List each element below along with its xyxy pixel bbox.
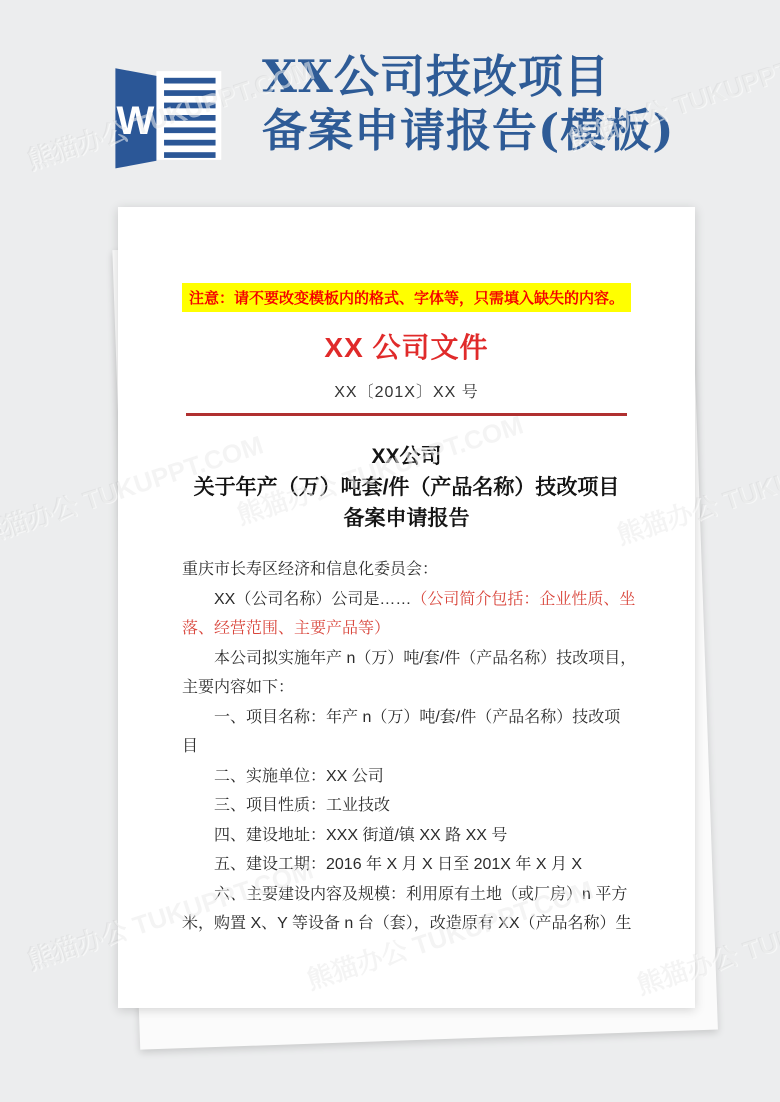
page-title: XX公司技改项目 备案申请报告(模板) (262, 50, 675, 158)
doc-line-text: XX（公司名称）公司是…… (182, 591, 411, 608)
red-divider (186, 413, 627, 416)
report-title-line1: XX公司 (118, 441, 695, 472)
doc-line: 落、经营范围、主要产品等） (182, 614, 675, 644)
template-notice: 注意：请不要改变模板内的格式、字体等，只需填入缺失的内容。 (182, 283, 631, 312)
doc-line: 一、项目名称：年产 n（万）吨/套/件（产品名称）技改项 (182, 703, 675, 733)
doc-line: 目 (182, 732, 675, 762)
doc-line-text-red: （公司简介包括：企业性质、坐 (411, 591, 635, 608)
report-body: 重庆市长寿区经济和信息化委员会： XX（公司名称）公司是……（公司简介包括：企业… (118, 555, 695, 939)
doc-line-text: 目 (182, 738, 198, 755)
doc-line: 六、主要建设内容及规模：利用原有土地（或厂房）n 平方 (182, 880, 675, 910)
page-title-line1: XX公司技改项目 (262, 50, 675, 104)
doc-line-text-red: 落、经营范围、主要产品等） (182, 620, 390, 637)
doc-line: 重庆市长寿区经济和信息化委员会： (182, 555, 675, 585)
doc-line: 三、项目性质：工业技改 (182, 791, 675, 821)
header: W XX公司技改项目 备案申请报告(模板) (0, 0, 780, 200)
ms-word-icon-svg: W (103, 55, 227, 175)
ms-word-icon: W (103, 55, 227, 175)
doc-line-text: 二、实施单位：XX 公司 (182, 768, 384, 785)
company-document-heading: XX 公司文件 (118, 326, 695, 366)
doc-line: 本公司拟实施年产 n（万）吨/套/件（产品名称）技改项目， (182, 644, 675, 674)
doc-line: 米，购置 X、Y 等设备 n 台（套），改造原有 XX（产品名称）生 (182, 909, 675, 939)
page-title-line2: 备案申请报告(模板) (262, 104, 675, 158)
doc-line: 二、实施单位：XX 公司 (182, 762, 675, 792)
doc-line: XX（公司名称）公司是……（公司简介包括：企业性质、坐 (182, 585, 675, 615)
notice-row: 注意：请不要改变模板内的格式、字体等，只需填入缺失的内容。 (118, 207, 695, 312)
doc-line-text: 五、建设工期：2016 年 X 月 X 日至 201X 年 X 月 X (182, 856, 582, 873)
doc-line-text: 四、建设地址：XXX 街道/镇 XX 路 XX 号 (182, 827, 507, 844)
report-title: XX公司 关于年产（万）吨套/件（产品名称）技改项目 备案申请报告 (118, 441, 695, 534)
word-icon-letter: W (117, 99, 155, 143)
doc-line-text: 主要内容如下： (182, 679, 294, 696)
template-preview-page: { "watermark": { "text": "熊猫办公 TUKUPPT.C… (0, 0, 780, 1102)
report-title-line3: 备案申请报告 (118, 503, 695, 534)
doc-line-text: 米，购置 X、Y 等设备 n 台（套），改造原有 XX（产品名称）生 (182, 915, 632, 932)
document-page: 注意：请不要改变模板内的格式、字体等，只需填入缺失的内容。 XX 公司文件 XX… (118, 207, 695, 1008)
report-title-line2: 关于年产（万）吨套/件（产品名称）技改项目 (118, 472, 695, 503)
doc-line-text: 本公司拟实施年产 n（万）吨/套/件（产品名称）技改项目， (182, 650, 636, 667)
doc-line: 主要内容如下： (182, 673, 675, 703)
doc-line-text: 六、主要建设内容及规模：利用原有土地（或厂房）n 平方 (182, 886, 627, 903)
doc-line-text: 一、项目名称：年产 n（万）吨/套/件（产品名称）技改项 (182, 709, 620, 726)
doc-line: 四、建设地址：XXX 街道/镇 XX 路 XX 号 (182, 821, 675, 851)
doc-line: 五、建设工期：2016 年 X 月 X 日至 201X 年 X 月 X (182, 850, 675, 880)
document-number: XX〔201X〕XX 号 (118, 379, 695, 402)
doc-line-text: 三、项目性质：工业技改 (182, 797, 390, 814)
doc-line-text: 重庆市长寿区经济和信息化委员会： (182, 561, 438, 578)
